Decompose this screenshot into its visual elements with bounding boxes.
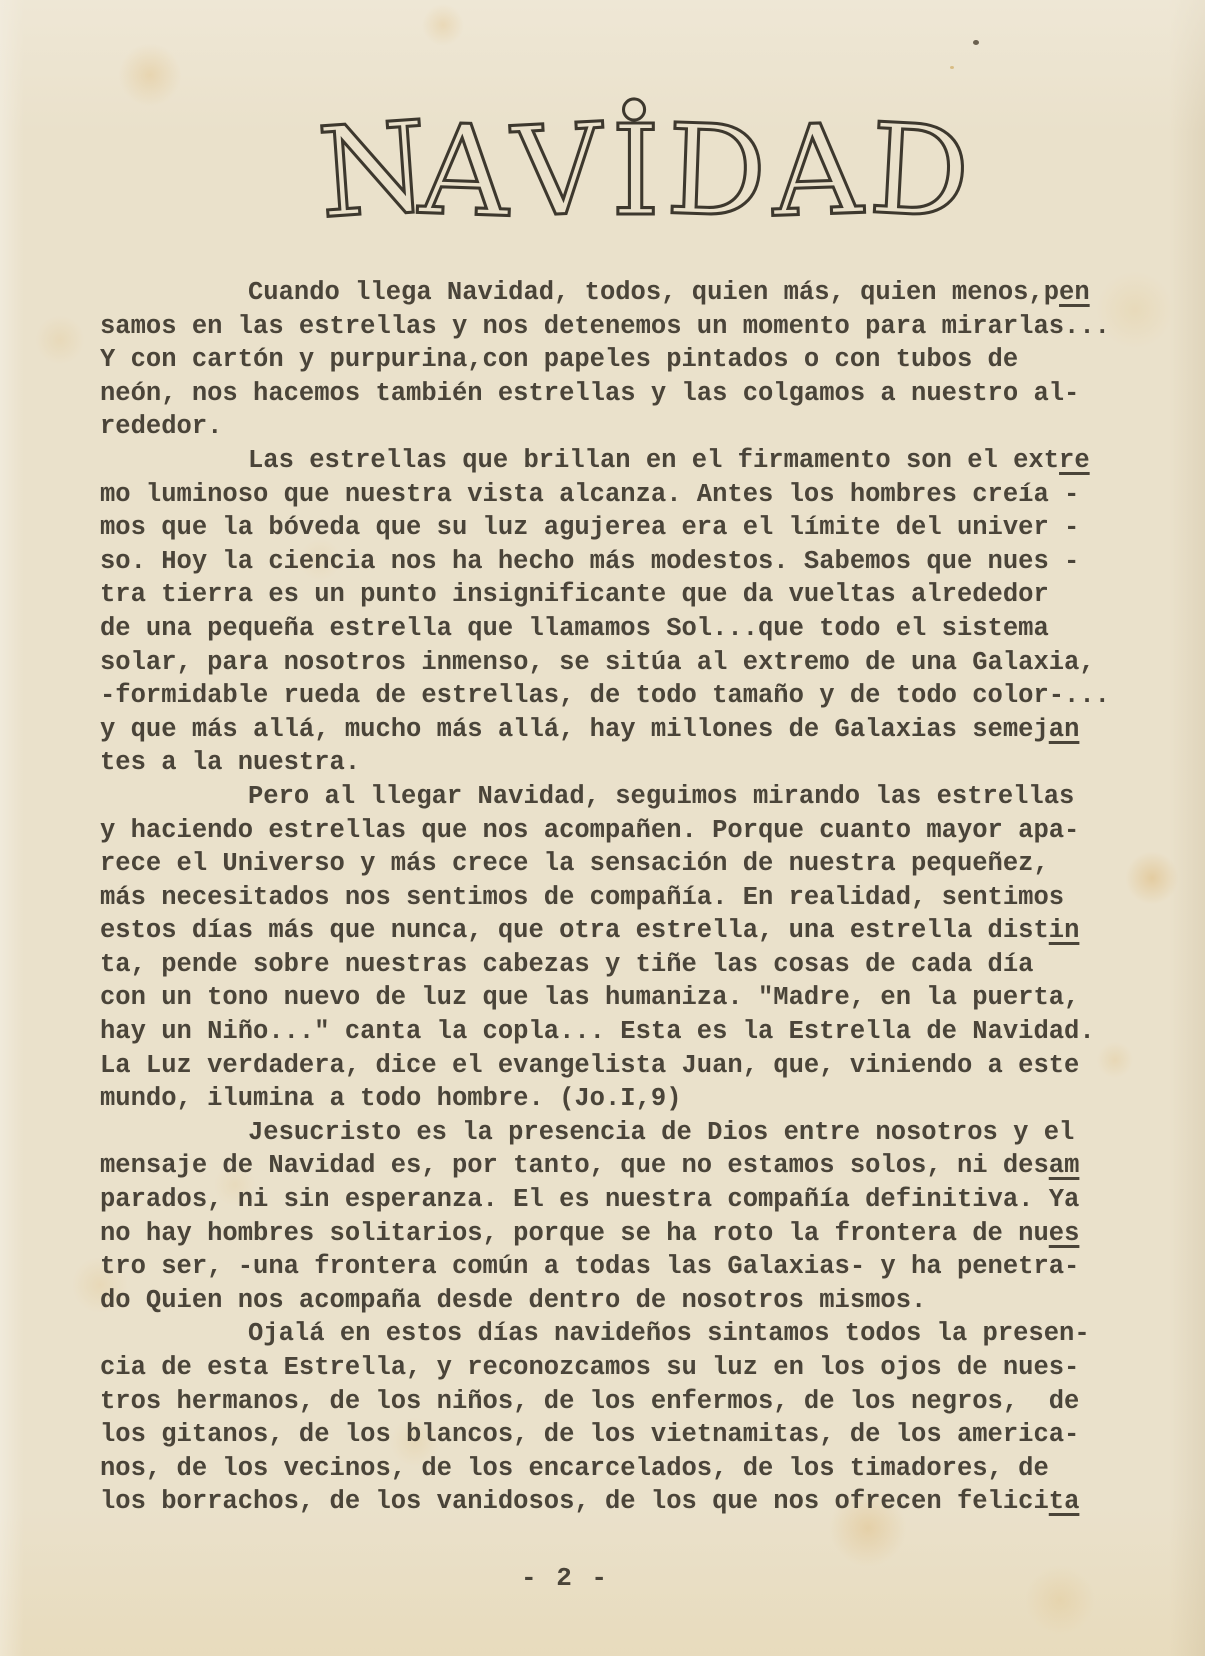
text-line: tros hermanos, de los niños, de los enfe…: [100, 1385, 1120, 1419]
text-line: y que más allá, mucho más allá, hay mill…: [100, 713, 1120, 747]
text-line: tro ser, -una frontera común a todas las…: [100, 1250, 1120, 1284]
paper-speck: [950, 66, 954, 69]
text-line: no hay hombres solitarios, porque se ha …: [100, 1217, 1120, 1251]
text-line: mensaje de Navidad es, por tanto, que no…: [100, 1149, 1120, 1183]
title-letter: D: [664, 97, 769, 245]
title-letter: V: [508, 96, 609, 246]
text-line: do Quien nos acompaña desde dentro de no…: [100, 1284, 1120, 1318]
text-line: Ojalá en estos días navideños sintamos t…: [100, 1317, 1120, 1351]
text-line: Pero al llegar Navidad, seguimos mirando…: [100, 780, 1120, 814]
text-line: tes a la nuestra.: [100, 746, 1120, 780]
text-line: y haciendo estrellas que nos acompañen. …: [100, 814, 1120, 848]
text-line: cia de esta Estrella, y reconozcamos su …: [100, 1351, 1120, 1385]
text-line: mo luminoso que nuestra vista alcanza. A…: [100, 478, 1120, 512]
hyphenation-underline: an: [1049, 715, 1080, 744]
text-line: neón, nos hacemos también estrellas y la…: [100, 377, 1120, 411]
line-text: no hay hombres solitarios, porque se ha …: [100, 1219, 1049, 1248]
text-line: solar, para nosotros inmenso, se sitúa a…: [100, 646, 1120, 680]
line-text: los borrachos, de los vanidosos, de los …: [100, 1487, 1049, 1516]
text-line: samos en las estrellas y nos detenemos u…: [100, 310, 1120, 344]
text-line: ta, pende sobre nuestras cabezas y tiñe …: [100, 948, 1120, 982]
text-line: parados, ni sin esperanza. El es nuestra…: [100, 1183, 1120, 1217]
line-text: mensaje de Navidad es, por tanto, que no…: [100, 1151, 1049, 1180]
text-line: La Luz verdadera, dice el evangelista Ju…: [100, 1049, 1120, 1083]
hyphenation-underline: am: [1049, 1151, 1080, 1180]
text-line: Y con cartón y purpurina,con papeles pin…: [100, 343, 1120, 377]
line-text: estos días más que nunca, que otra estre…: [100, 916, 1049, 945]
title-letter: A: [416, 97, 514, 245]
text-line: nos, de los vecinos, de los encarcelados…: [100, 1452, 1120, 1486]
title-letter: N: [314, 94, 433, 246]
line-text: Las estrellas que brillan en el firmamen…: [248, 446, 1059, 475]
hyphenation-underline: es: [1049, 1219, 1080, 1248]
text-line: los gitanos, de los blancos, de los viet…: [100, 1418, 1120, 1452]
page-number: - 2 -: [0, 1563, 1130, 1593]
hyphenation-underline: re: [1059, 446, 1090, 475]
text-line: rededor.: [100, 410, 1120, 444]
hyphenation-underline: in: [1049, 916, 1080, 945]
text-line: mos que la bóveda que su luz agujerea er…: [100, 511, 1120, 545]
text-line: de una pequeña estrella que llamamos Sol…: [100, 612, 1120, 646]
hyphenation-underline: en: [1059, 278, 1090, 307]
scanned-page: NAVIDAD Cuando llega Navidad, todos, qui…: [0, 0, 1205, 1656]
text-line: Cuando llega Navidad, todos, quien más, …: [100, 276, 1120, 310]
text-line: Las estrellas que brillan en el firmamen…: [100, 444, 1120, 478]
text-line: rece el Universo y más crece la sensació…: [100, 847, 1120, 881]
text-line: hay un Niño..." canta la copla... Esta e…: [100, 1015, 1120, 1049]
text-line: los borrachos, de los vanidosos, de los …: [100, 1485, 1120, 1519]
line-text: y que más allá, mucho más allá, hay mill…: [100, 715, 1049, 744]
page-title: NAVIDAD: [295, 82, 975, 250]
text-line: Jesucristo es la presencia de Dios entre…: [100, 1116, 1120, 1150]
text-line: tra tierra es un punto insignificante qu…: [100, 578, 1120, 612]
title-svg: NAVIDAD: [295, 82, 975, 250]
text-line: estos días más que nunca, que otra estre…: [100, 914, 1120, 948]
hyphenation-underline: ta: [1049, 1487, 1080, 1516]
paper-speck: [973, 40, 979, 45]
text-line: más necesitados nos sentimos de compañía…: [100, 881, 1120, 915]
text-line: mundo, ilumina a todo hombre. (Jo.I,9): [100, 1082, 1120, 1116]
text-line: con un tono nuevo de luz que las humaniz…: [100, 981, 1120, 1015]
line-text: Cuando llega Navidad, todos, quien más, …: [248, 278, 1059, 307]
title-letter: A: [768, 97, 866, 245]
text-line: so. Hoy la ciencia nos ha hecho más mode…: [100, 545, 1120, 579]
text-line: -formidable rueda de estrellas, de todo …: [100, 679, 1120, 713]
title-letter: D: [866, 97, 973, 247]
text-body: Cuando llega Navidad, todos, quien más, …: [100, 276, 1120, 1519]
